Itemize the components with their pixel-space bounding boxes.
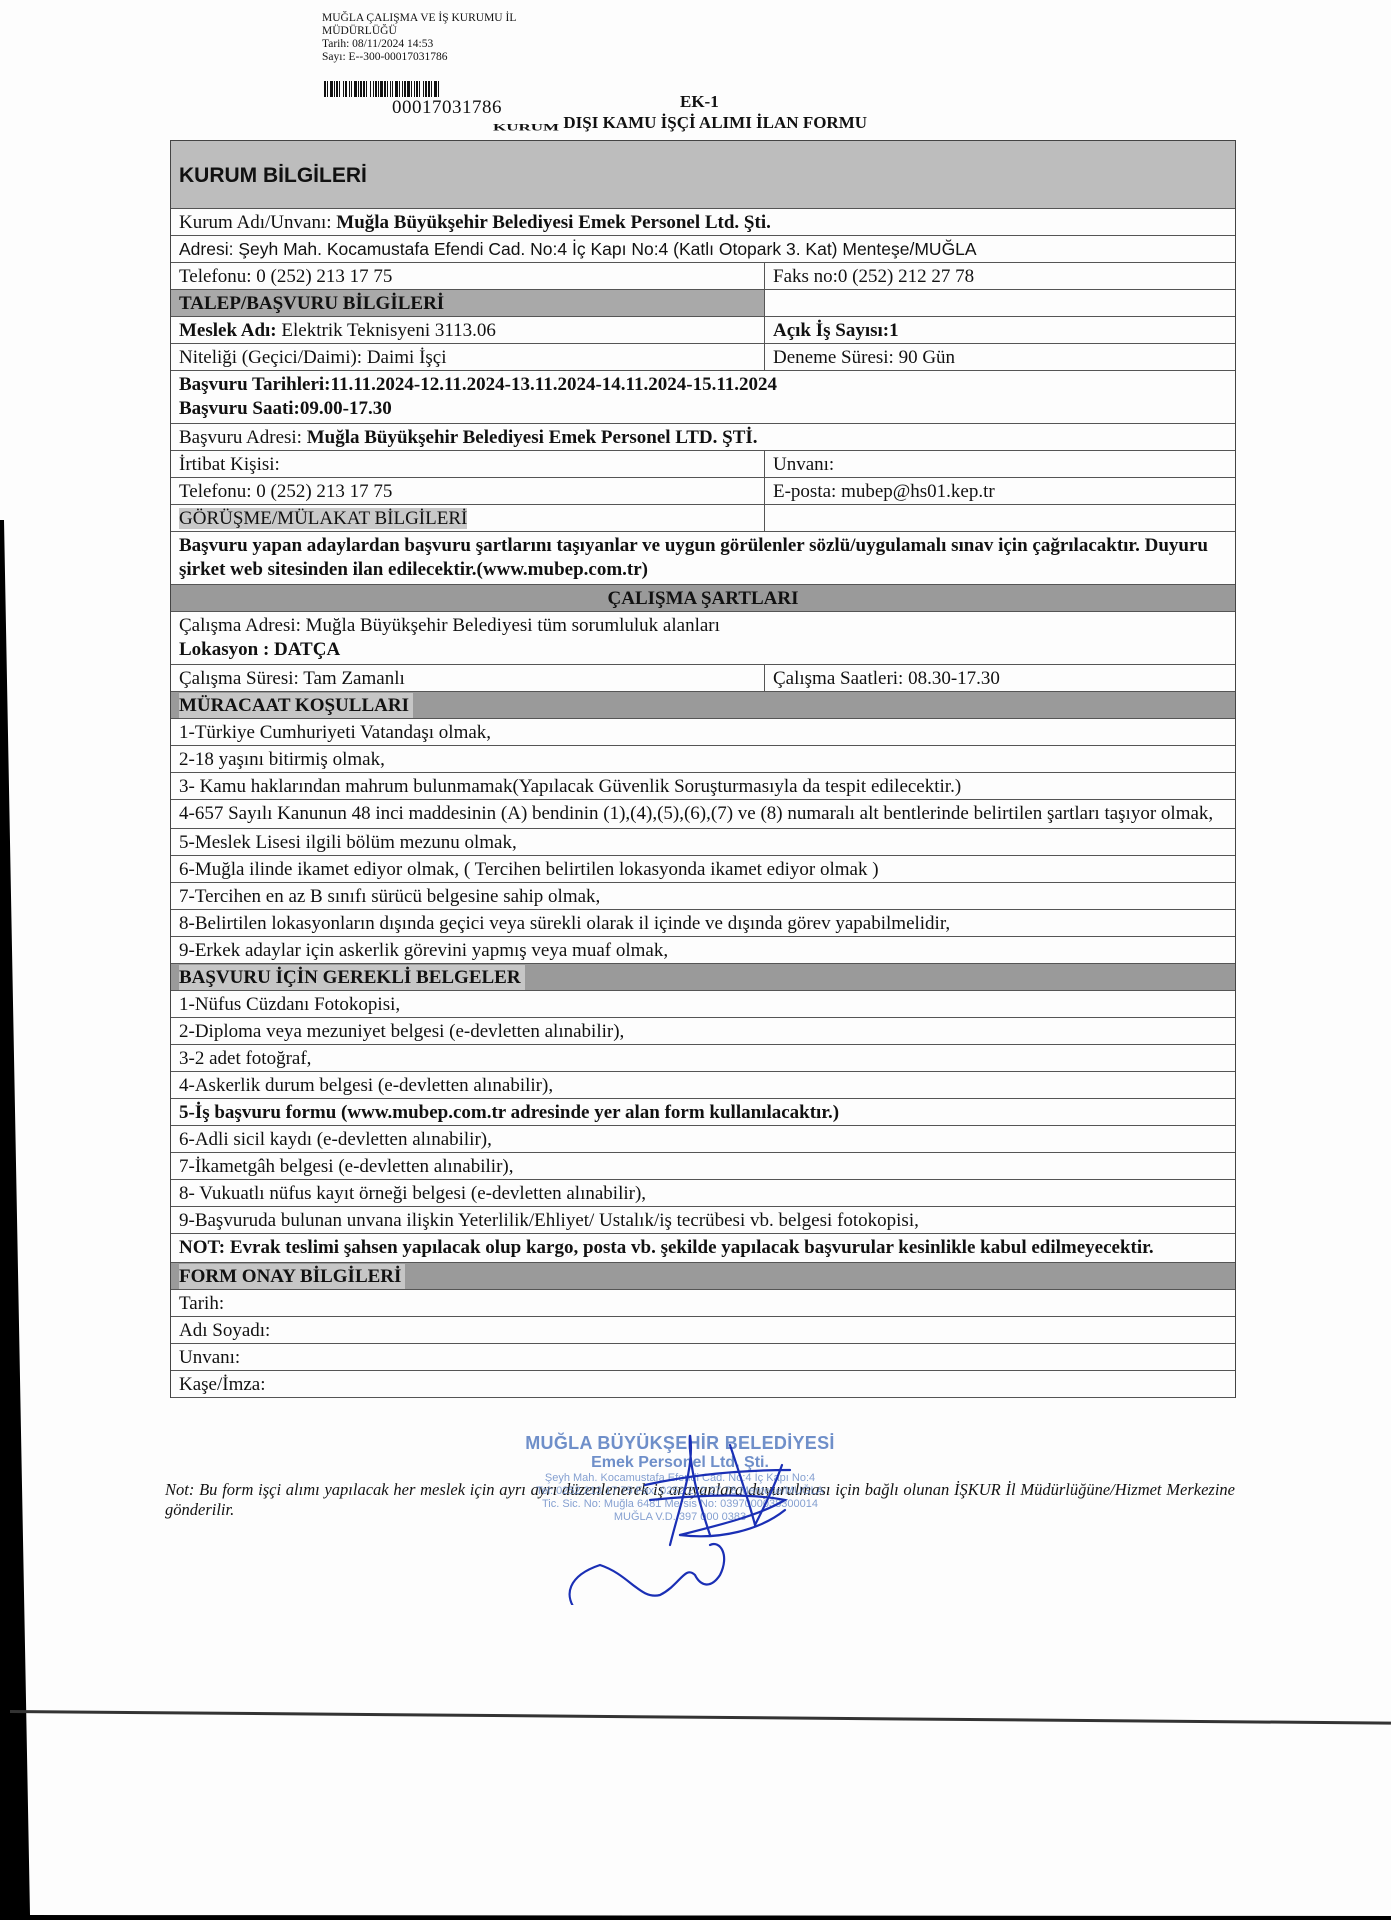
- kurum-fax: Faks no:0 (252) 212 27 78: [765, 263, 1235, 289]
- location: Lokasyon : DATÇA: [179, 638, 1227, 662]
- work-address: Çalışma Adresi: Muğla Büyükşehir Belediy…: [179, 614, 1227, 638]
- stamp-line2: Emek Personel Ltd. Şti.: [470, 1454, 890, 1472]
- list-item-text: 5-Meslek Lisesi ilgili bölüm mezunu olma…: [171, 829, 1235, 855]
- approval-date-field: Tarih:: [171, 1290, 1235, 1316]
- list-item-text: 6-Adli sicil kaydı (e-devletten alınabil…: [171, 1126, 1235, 1152]
- row-work-address: Çalışma Adresi: Muğla Büyükşehir Belediy…: [171, 612, 1235, 665]
- company-stamp: MUĞLA BÜYÜKŞEHİR BELEDİYESİ Emek Persone…: [470, 1433, 890, 1524]
- list-item: 7-Tercihen en az B sınıfı sürücü belgesi…: [171, 883, 1235, 910]
- list-item: 6-Muğla ilinde ikamet ediyor olmak, ( Te…: [171, 856, 1235, 883]
- list-item: 6-Adli sicil kaydı (e-devletten alınabil…: [171, 1126, 1235, 1153]
- kurum-address: Adresi: Şeyh Mah. Kocamustafa Efendi Cad…: [171, 236, 1235, 262]
- row-occupation: Meslek Adı: Elektrik Teknisyeni 3113.06 …: [171, 317, 1235, 344]
- work-duration: Çalışma Süresi: Tam Zamanlı: [171, 665, 765, 691]
- list-item-text: 1-Türkiye Cumhuriyeti Vatandaşı olmak,: [171, 719, 1235, 745]
- occupation: Elektrik Teknisyeni 3113.06: [281, 320, 496, 341]
- list-item-text: 1-Nüfus Cüzdanı Fotokopisi,: [171, 991, 1235, 1017]
- requirements-list: 1-Türkiye Cumhuriyeti Vatandaşı olmak,2-…: [171, 719, 1235, 964]
- stamp-date: Tarih: 08/11/2024 14:53: [322, 38, 516, 51]
- registry-stamp: MUĞLA ÇALIŞMA VE İŞ KURUMU İL MÜDÜRLÜĞÜ …: [322, 12, 516, 64]
- list-item: 8-Belirtilen lokasyonların dışında geçic…: [171, 910, 1235, 937]
- section-heading: ÇALIŞMA ŞARTLARI: [171, 585, 1235, 611]
- section-heading: GÖRÜŞME/MÜLAKAT BİLGİLERİ: [179, 508, 467, 529]
- list-item: 9-Başvuruda bulunan unvana ilişkin Yeter…: [171, 1207, 1235, 1234]
- stamp-number: Sayı: E--300-00017031786: [322, 51, 516, 64]
- work-hours: Çalışma Saatleri: 08.30-17.30: [765, 665, 1235, 691]
- list-item-text: 8-Belirtilen lokasyonların dışında geçic…: [171, 910, 1235, 936]
- section-heading: KURUM BİLGİLERİ: [171, 162, 1235, 188]
- list-item-text: 3- Kamu haklarından mahrum bulunmamak(Ya…: [171, 773, 1235, 799]
- stamp-line4: Tel: 0252 213 17 75 Fax: 0252 212 27 78 …: [470, 1485, 890, 1498]
- list-item-text: 7-İkametgâh belgesi (e-devletten alınabi…: [171, 1153, 1235, 1179]
- application-dates: Başvuru Tarihleri:11.11.2024-12.11.2024-…: [179, 373, 1227, 397]
- row-address: Adresi: Şeyh Mah. Kocamustafa Efendi Cad…: [171, 236, 1235, 263]
- section-belgeler: BAŞVURU İÇİN GEREKLİ BELGELER: [171, 964, 1235, 991]
- kurum-name: Muğla Büyükşehir Belediyesi Emek Persone…: [336, 212, 771, 233]
- list-item-text: 3-2 adet fotoğraf,: [171, 1045, 1235, 1071]
- list-item-text: 5-İş başvuru formu (www.mubep.com.tr adr…: [171, 1099, 1235, 1125]
- row-phone-fax: Telefonu: 0 (252) 213 17 75 Faks no:0 (2…: [171, 263, 1235, 290]
- list-item-text: 9-Başvuruda bulunan unvana ilişkin Yeter…: [171, 1207, 1235, 1233]
- list-item-text: 6-Muğla ilinde ikamet ediyor olmak, ( Te…: [171, 856, 1235, 882]
- application-address: Muğla Büyükşehir Belediyesi Emek Persone…: [307, 427, 758, 448]
- row-kurum-name: Kurum Adı/Unvanı: Muğla Büyükşehir Beled…: [171, 209, 1235, 236]
- row-dates: Başvuru Tarihleri:11.11.2024-12.11.2024-…: [171, 371, 1235, 424]
- list-item: 9-Erkek adaylar için askerlik görevini y…: [171, 937, 1235, 964]
- list-item: 2-18 yaşını bitirmiş olmak,: [171, 746, 1235, 773]
- list-item: 1-Nüfus Cüzdanı Fotokopisi,: [171, 991, 1235, 1018]
- row-work-hours: Çalışma Süresi: Tam Zamanlı Çalışma Saat…: [171, 665, 1235, 692]
- section-gorusme: GÖRÜŞME/MÜLAKAT BİLGİLERİ: [171, 505, 1235, 532]
- list-item: 4-Askerlik durum belgesi (e-devletten al…: [171, 1072, 1235, 1099]
- list-item-text: 4-Askerlik durum belgesi (e-devletten al…: [171, 1072, 1235, 1098]
- row-interview: Başvuru yapan adaylardan başvuru şartlar…: [171, 532, 1235, 585]
- row-nature: Niteliği (Geçici/Daimi): Daimi İşçi Dene…: [171, 344, 1235, 371]
- list-item-text: 4-657 Sayılı Kanunun 48 inci maddesinin …: [171, 800, 1235, 828]
- list-item-text: 2-Diploma veya mezuniyet belgesi (e-devl…: [171, 1018, 1235, 1044]
- row-approval-date: Tarih:: [171, 1290, 1235, 1317]
- list-item: 7-İkametgâh belgesi (e-devletten alınabi…: [171, 1153, 1235, 1180]
- divider-line: [10, 1710, 1391, 1725]
- approval-seal-field: Kaşe/İmza:: [171, 1371, 1235, 1397]
- approval-title-field: Unvanı:: [171, 1344, 1235, 1370]
- open-positions: Açık İş Sayısı:1: [765, 317, 1235, 343]
- form-title-text: DIŞI KAMU İŞÇİ ALIMI İLAN FORMU: [563, 113, 867, 132]
- row-contact-phone: Telefonu: 0 (252) 213 17 75 E-posta: mub…: [171, 478, 1235, 505]
- section-talep: TALEP/BAŞVURU BİLGİLERİ: [171, 290, 1235, 317]
- stamp-line1: MUĞLA BÜYÜKŞEHİR BELEDİYESİ: [470, 1433, 890, 1454]
- approval-name-field: Adı Soyadı:: [171, 1317, 1235, 1343]
- contact-person: İrtibat Kişisi:: [171, 451, 765, 477]
- section-heading: FORM ONAY BİLGİLERİ: [179, 1264, 405, 1289]
- label: Kurum Adı/Unvanı:: [179, 212, 336, 233]
- list-item: 3-2 adet fotoğraf,: [171, 1045, 1235, 1072]
- list-item: 5-İş başvuru formu (www.mubep.com.tr adr…: [171, 1099, 1235, 1126]
- label: Başvuru Adresi:: [179, 427, 307, 448]
- section-heading: BAŞVURU İÇİN GEREKLİ BELGELER: [179, 965, 525, 990]
- section-heading: TALEP/BAŞVURU BİLGİLERİ: [171, 290, 765, 316]
- row-approval-title: Unvanı:: [171, 1344, 1235, 1371]
- section-muracaat: MÜRACAAT KOŞULLARI: [171, 692, 1235, 719]
- stamp-org-line2: MÜDÜRLÜĞÜ: [322, 25, 516, 38]
- row-contact: İrtibat Kişisi: Unvanı:: [171, 451, 1235, 478]
- row-documents-note: NOT: Evrak teslimi şahsen yapılacak olup…: [171, 1234, 1235, 1263]
- documents-note: NOT: Evrak teslimi şahsen yapılacak olup…: [171, 1234, 1235, 1262]
- documents-list: 1-Nüfus Cüzdanı Fotokopisi,2-Diploma vey…: [171, 991, 1235, 1234]
- row-application-address: Başvuru Adresi: Muğla Büyükşehir Belediy…: [171, 424, 1235, 451]
- contact-email: E-posta: mubep@hs01.kep.tr: [765, 478, 1235, 504]
- list-item: 5-Meslek Lisesi ilgili bölüm mezunu olma…: [171, 829, 1235, 856]
- contact-phone: Telefonu: 0 (252) 213 17 75: [171, 478, 765, 504]
- announcement-form: KURUM BİLGİLERİ Kurum Adı/Unvanı: Muğla …: [170, 140, 1236, 1398]
- form-title-cut: KURUM: [493, 122, 559, 133]
- list-item-text: 9-Erkek adaylar için askerlik görevini y…: [171, 937, 1235, 963]
- interview-text: Başvuru yapan adaylardan başvuru şartlar…: [171, 532, 1235, 584]
- annex-label: EK-1: [680, 92, 719, 112]
- list-item: 3- Kamu haklarından mahrum bulunmamak(Ya…: [171, 773, 1235, 800]
- row-approval-seal: Kaşe/İmza:: [171, 1371, 1235, 1398]
- stamp-line3: Şeyh Mah. Kocamustafa Efendi Cad. No:4 İ…: [470, 1472, 890, 1485]
- label: Meslek Adı:: [179, 320, 281, 341]
- stamp-line5: Tic. Sic. No: Muğla 6481 Mersis No: 0397…: [470, 1498, 890, 1511]
- list-item: 8- Vukuatlı nüfus kayıt örneği belgesi (…: [171, 1180, 1235, 1207]
- row-approval-name: Adı Soyadı:: [171, 1317, 1235, 1344]
- list-item: 2-Diploma veya mezuniyet belgesi (e-devl…: [171, 1018, 1235, 1045]
- barcode-icon: [324, 81, 582, 97]
- barcode-number: 00017031786: [392, 97, 502, 119]
- list-item-text: 2-18 yaşını bitirmiş olmak,: [171, 746, 1235, 772]
- stamp-line6: MUĞLA V.D. 397 000 0383: [470, 1511, 890, 1524]
- section-calisma: ÇALIŞMA ŞARTLARI: [171, 585, 1235, 612]
- kurum-phone: Telefonu: 0 (252) 213 17 75: [171, 263, 765, 289]
- stamp-org-line1: MUĞLA ÇALIŞMA VE İŞ KURUMU İL: [322, 12, 516, 25]
- section-onay: FORM ONAY BİLGİLERİ: [171, 1263, 1235, 1290]
- list-item-text: 7-Tercihen en az B sınıfı sürücü belgesi…: [171, 883, 1235, 909]
- section-heading: MÜRACAAT KOŞULLARI: [179, 693, 413, 718]
- list-item: 4-657 Sayılı Kanunun 48 inci maddesinin …: [171, 800, 1235, 829]
- contact-title: Unvanı:: [765, 451, 1235, 477]
- list-item: 1-Türkiye Cumhuriyeti Vatandaşı olmak,: [171, 719, 1235, 746]
- form-title: KURUM DIŞI KAMU İŞÇİ ALIMI İLAN FORMU: [493, 113, 867, 133]
- application-hours: Başvuru Saati:09.00-17.30: [179, 397, 1227, 421]
- nature: Niteliği (Geçici/Daimi): Daimi İşçi: [171, 344, 765, 370]
- section-kurum: KURUM BİLGİLERİ: [171, 141, 1235, 209]
- trial-period: Deneme Süresi: 90 Gün: [765, 344, 1235, 370]
- list-item-text: 8- Vukuatlı nüfus kayıt örneği belgesi (…: [171, 1180, 1235, 1206]
